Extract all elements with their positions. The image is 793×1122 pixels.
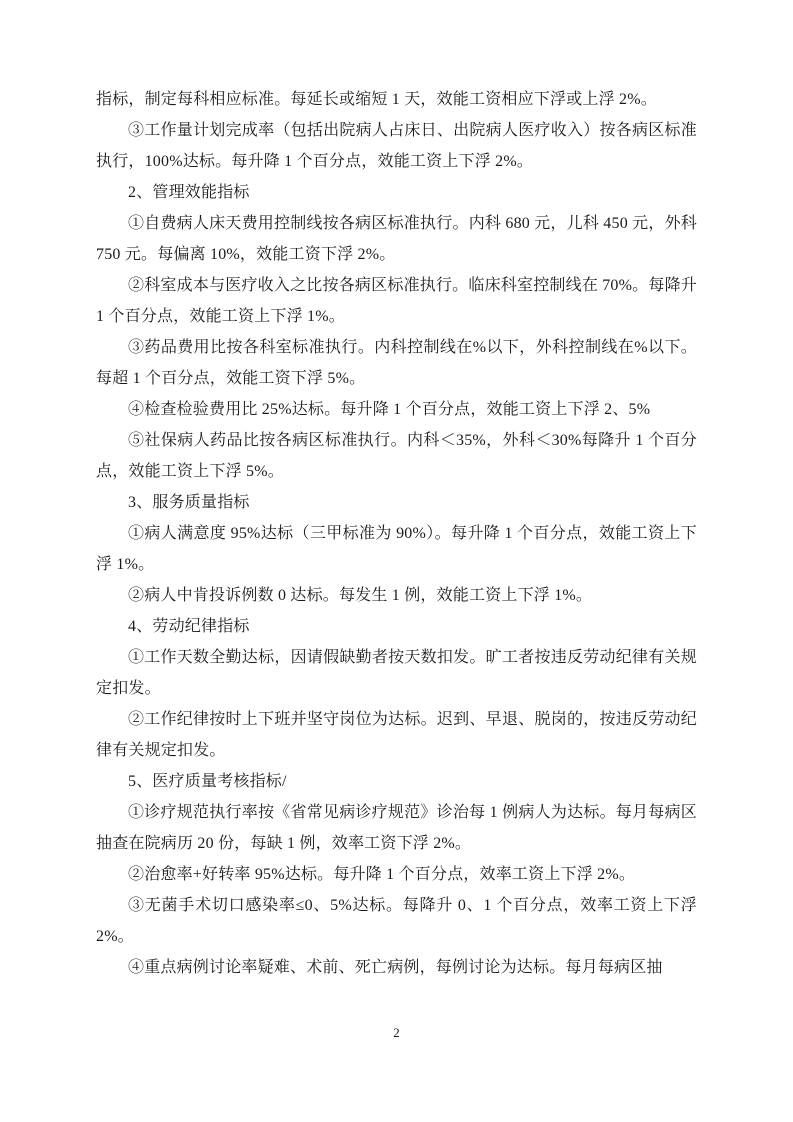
- paragraph: ②病人中肯投诉例数 0 达标。每发生 1 例，效能工资上下浮 1%。: [96, 580, 697, 611]
- paragraph: ④检查检验费用比 25%达标。每升降 1 个百分点，效能工资上下浮 2、5%: [96, 394, 697, 425]
- document-page: 指标，制定每科相应标准。每延长或缩短 1 天，效能工资相应下浮或上浮 2%。③工…: [0, 0, 793, 1122]
- paragraph: 指标，制定每科相应标准。每延长或缩短 1 天，效能工资相应下浮或上浮 2%。: [96, 84, 697, 115]
- paragraph: ③工作量计划完成率（包括出院病人占床日、出院病人医疗收入）按各病区标准执行，10…: [96, 115, 697, 177]
- paragraph: ②科室成本与医疗收入之比按各病区标准执行。临床科室控制线在 70%。每降升 1 …: [96, 270, 697, 332]
- paragraph: 4、劳动纪律指标: [96, 611, 697, 642]
- paragraph: ②工作纪律按时上下班并坚守岗位为达标。迟到、早退、脱岗的，按违反劳动纪律有关规定…: [96, 704, 697, 766]
- paragraph: ④重点病例讨论率疑难、术前、死亡病例，每例讨论为达标。每月每病区抽: [96, 952, 697, 983]
- paragraph: ①诊疗规范执行率按《省常见病诊疗规范》诊治每 1 例病人为达标。每月每病区抽查在…: [96, 797, 697, 859]
- paragraph: ①病人满意度 95%达标（三甲标准为 90%）。每升降 1 个百分点，效能工资上…: [96, 518, 697, 580]
- paragraph: 5、医疗质量考核指标/: [96, 766, 697, 797]
- paragraph: ⑤社保病人药品比按各病区标准执行。内科＜35%，外科＜30%每降升 1 个百分点…: [96, 425, 697, 487]
- document-body: 指标，制定每科相应标准。每延长或缩短 1 天，效能工资相应下浮或上浮 2%。③工…: [96, 84, 697, 983]
- paragraph: 2、管理效能指标: [96, 177, 697, 208]
- page-number: 2: [393, 1025, 400, 1040]
- paragraph: ①工作天数全勤达标，因请假缺勤者按天数扣发。旷工者按违反劳动纪律有关规定扣发。: [96, 642, 697, 704]
- paragraph: 3、服务质量指标: [96, 487, 697, 518]
- paragraph: ③药品费用比按各科室标准执行。内科控制线在%以下，外科控制线在%以下。每超 1 …: [96, 332, 697, 394]
- paragraph: ③无菌手术切口感染率≤0、5%达标。每降升 0、1 个百分点，效率工资上下浮 2…: [96, 890, 697, 952]
- page-footer: 2: [0, 1024, 793, 1042]
- paragraph: ②治愈率+好转率 95%达标。每升降 1 个百分点，效率工资上下浮 2%。: [96, 859, 697, 890]
- paragraph: ①自费病人床天费用控制线按各病区标准执行。内科 680 元，儿科 450 元，外…: [96, 208, 697, 270]
